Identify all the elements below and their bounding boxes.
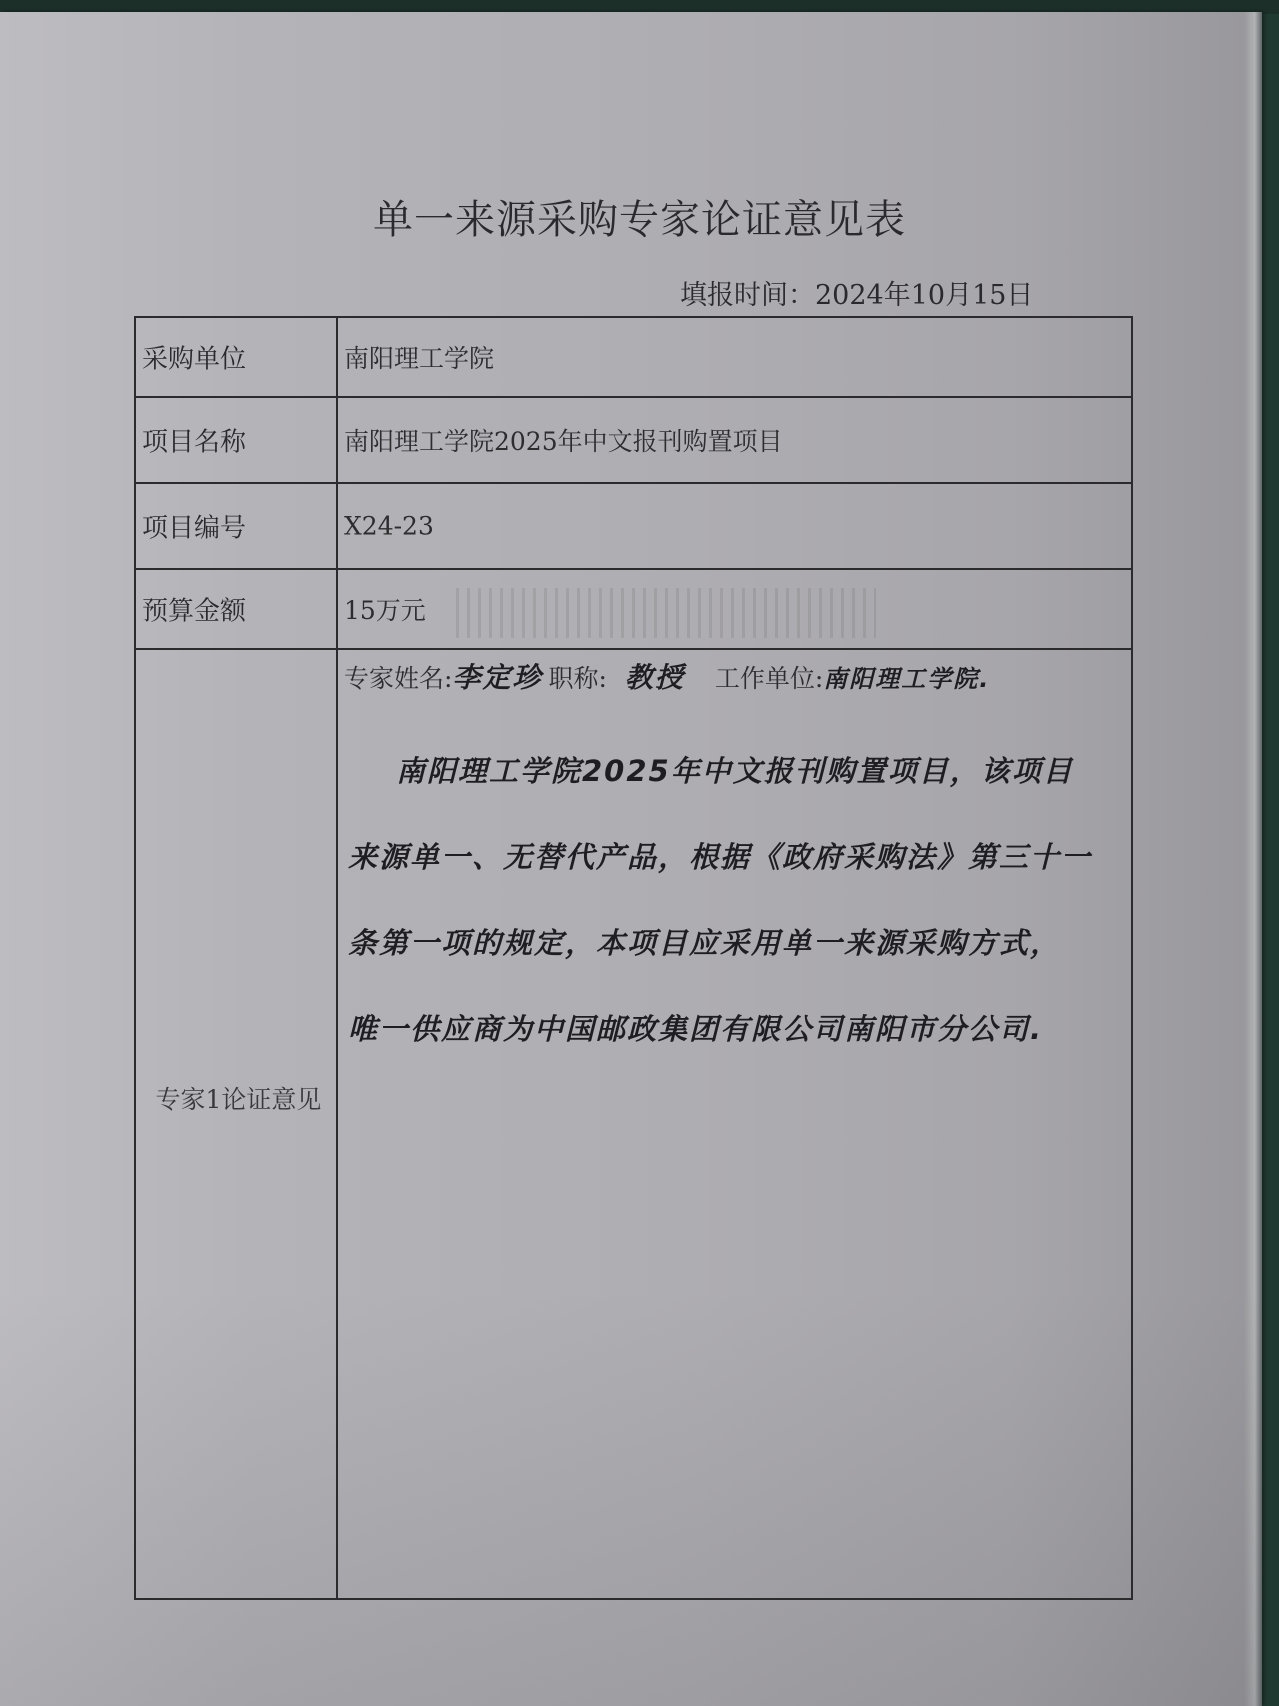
table-row-project-number: 项目编号 X24-23 (136, 484, 1131, 570)
table-row-project-name: 项目名称 南阳理工学院2025年中文报刊购置项目 (136, 398, 1131, 484)
paper-edge (1244, 12, 1262, 1706)
expert-opinion-label: 专家1论证意见 (146, 1082, 331, 1118)
opinion-line: 条第一项的规定，本项目应采用单一来源采购方式， (348, 900, 1123, 986)
form-table: 采购单位 南阳理工学院 项目名称 南阳理工学院2025年中文报刊购置项目 项目编… (134, 316, 1133, 1600)
row-label: 项目名称 (142, 422, 246, 459)
opinion-line: 南阳理工学院2025年中文报刊购置项目，该项目 (348, 728, 1123, 814)
work-unit-label: 工作单位: (715, 664, 823, 693)
expert-opinion-section: 专家1论证意见 专家姓名:李定珍职称: 教授工作单位:南阳理工学院. 南阳理工学… (136, 650, 1131, 1600)
table-row-purchaser: 采购单位 南阳理工学院 (136, 318, 1131, 398)
document-title: 单一来源采购专家论证意见表 (0, 188, 1279, 245)
row-label: 采购单位 (142, 339, 246, 376)
row-value: 南阳理工学院 (344, 339, 494, 375)
row-value: 15万元 (344, 591, 426, 627)
row-label: 预算金额 (142, 591, 246, 628)
row-label: 项目编号 (142, 508, 246, 545)
expert-info-line: 专家姓名:李定珍职称: 教授工作单位:南阳理工学院. (344, 656, 996, 696)
fill-date-label: 填报时间： (680, 280, 815, 311)
expert-name-label: 专家姓名: (344, 664, 452, 693)
fill-date-value: 2024年10月15日 (815, 280, 1033, 311)
opinion-line: 唯一供应商为中国邮政集团有限公司南阳市分公司. (348, 986, 1123, 1072)
bleed-through-text (456, 588, 876, 638)
fill-date: 填报时间：2024年10月15日 (680, 273, 1033, 312)
row-value: X24-23 (344, 512, 434, 541)
expert-title-handwritten: 教授 (625, 661, 685, 694)
opinion-line: 来源单一、无替代产品，根据《政府采购法》第三十一 (348, 814, 1123, 900)
expert-title-label: 职称: (548, 664, 606, 693)
row-value: 南阳理工学院2025年中文报刊购置项目 (344, 422, 783, 458)
work-unit-handwritten: 南阳理工学院. (823, 665, 990, 693)
table-row-budget: 预算金额 15万元 (136, 570, 1131, 650)
expert-name-handwritten: 李定珍 (452, 661, 542, 694)
expert-opinion-text: 南阳理工学院2025年中文报刊购置项目，该项目 来源单一、无替代产品，根据《政府… (348, 728, 1123, 1072)
